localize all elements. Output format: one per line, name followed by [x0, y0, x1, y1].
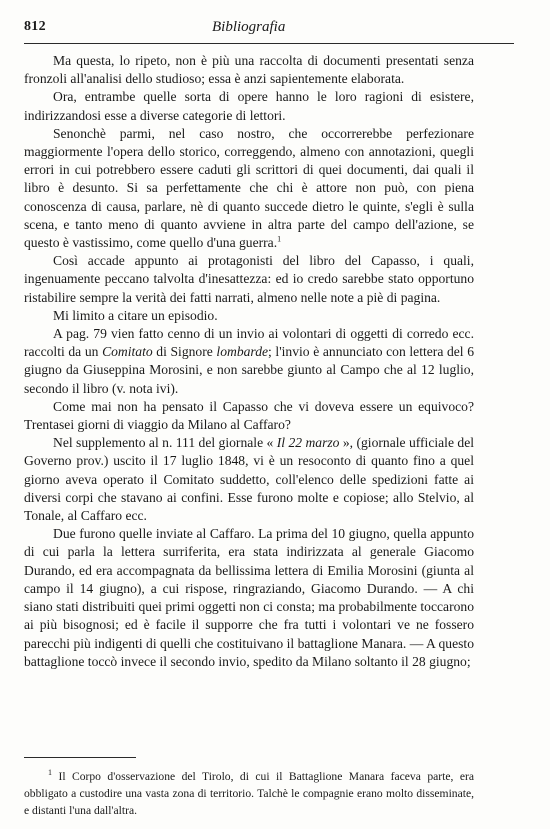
document-page: 812 Bibliografia Ma questa, lo ripeto, n… [0, 0, 550, 829]
paragraph: Come mai non ha pensato il Capasso che v… [24, 398, 474, 434]
italic-text-run: lombarde [216, 344, 268, 359]
running-title: Bibliografia [212, 19, 285, 36]
italic-text-run: Comitato [102, 344, 153, 359]
paragraph: Senonchè parmi, nel caso nostro, che occ… [24, 125, 474, 252]
paragraph: Mi limito a citare un episodio. [24, 307, 474, 325]
paragraph: Così accade appunto ai protagonisti del … [24, 252, 474, 307]
footnote-rule [24, 757, 136, 758]
paragraph-text: Senonchè parmi, nel caso nostro, che occ… [24, 126, 474, 250]
footnote-mark: 1 [48, 768, 52, 777]
paragraph: Due furono quelle inviate al Caffaro. La… [24, 525, 474, 671]
page-header: 812 Bibliografia [24, 17, 510, 43]
footnote-text: Il Corpo d'osservazione del Tirolo, di c… [24, 770, 474, 817]
page-number: 812 [24, 19, 46, 35]
paragraph: Nel supplemento al n. 111 del giornale «… [24, 434, 474, 525]
text-run: Nel supplemento al n. 111 del giornale « [53, 435, 277, 450]
footnotes: 1 Il Corpo d'osservazione del Tirolo, di… [24, 764, 474, 819]
header-rule [24, 43, 514, 44]
italic-text-run: Il 22 marzo [277, 435, 340, 450]
paragraph: Ma questa, lo ripeto, non è più una racc… [24, 52, 474, 88]
text-run: di Signore [153, 344, 217, 359]
paragraph: Ora, entrambe quelle sorta di opere hann… [24, 88, 474, 124]
paragraph: A pag. 79 vien fatto cenno di un invio a… [24, 325, 474, 398]
footnote-reference[interactable]: 1 [277, 235, 281, 244]
body-text: Ma questa, lo ripeto, non è più una racc… [24, 52, 474, 671]
footnote: 1 Il Corpo d'osservazione del Tirolo, di… [24, 764, 474, 819]
